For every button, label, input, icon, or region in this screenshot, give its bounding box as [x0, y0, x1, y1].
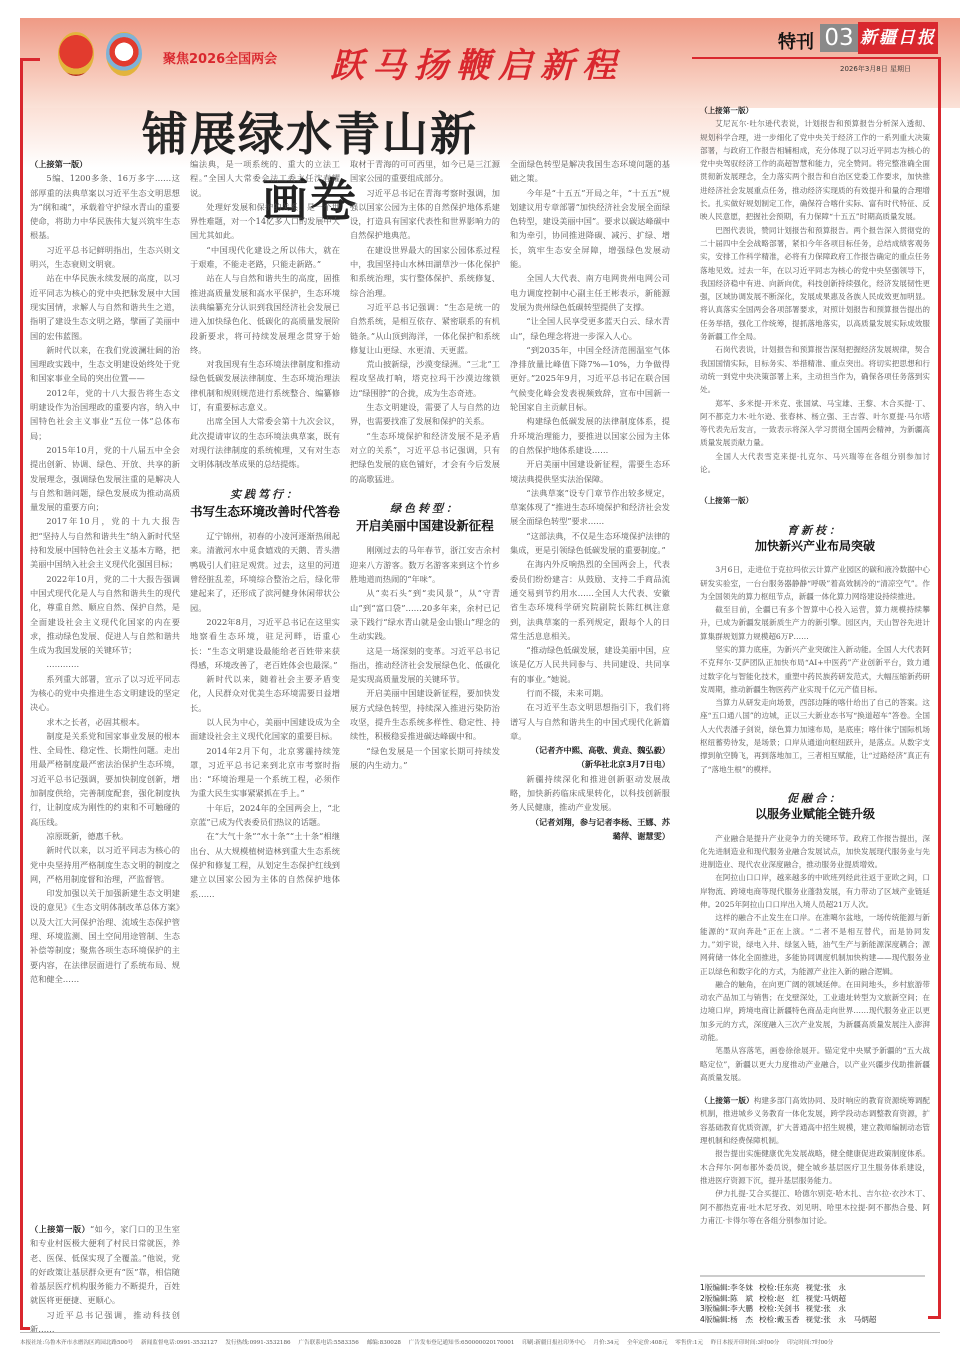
imprint-footer: 本报社址:乌鲁木齐市水磨沟区鸿园北路500号 新闻监督电话:0991-35321…	[20, 1338, 940, 1346]
continued-tag: （上接第一版）	[700, 496, 753, 505]
paragraph: 报告提出实施健康优先发展战略，健全健康促进政策制度体系。木合拜尔·阿布都外委员说…	[700, 1147, 930, 1187]
continued-tag: （上接第一版）	[700, 1096, 754, 1105]
paragraph: 处理好发展和保护的关系，是一个世界性难题，对一个14亿多人口的发展中大国尤其如此…	[190, 200, 340, 243]
paragraph: 新疆持续深化和推进创新驱动发展战略，加快新药临床成果转化，以科技创新服务人民健康…	[510, 772, 670, 815]
section-title: 以服务业赋能全链升级	[700, 808, 930, 821]
paragraph: 这是一场深刻的变革。习近平总书记指出，推动经济社会发展绿色化、低碳化是实现高质量…	[350, 644, 500, 687]
left-red-foot	[20, 1327, 30, 1330]
section-kicker: 实践笃行：	[190, 488, 340, 502]
credit-row: 2版编辑:陈 斌校检:赵 红视觉:马炳超	[700, 1294, 930, 1305]
left-red-rule	[20, 58, 23, 1330]
paragraph: 在习近平生态文明思想指引下，我们将谱写人与自然和谐共生的中国式现代化新篇章。	[510, 700, 670, 743]
paragraph: 生态文明建设，需要了人与自然的边界，也需要找准了发展和保护的关系。	[350, 400, 500, 429]
paragraph: 以人民为中心，美丽中国建设成为全面建设社会主义现代化国家的重要目标。	[190, 715, 340, 744]
paragraph: 当算力从研发走向场景，西部边陲的喀什给出了自己的答案。这座“五口通八国”的边城，…	[700, 696, 930, 776]
continued-tag: （上接第一版）	[700, 106, 753, 115]
paragraph: 编法典，是一项系统的、重大的立法工程。”全国人大常委会法工委主任沈春耀说。	[190, 157, 340, 200]
paragraph: “如今，家门口的卫生室和专业村医极大便利了村民日常就医，养老、医保、低保实现了全…	[30, 1224, 180, 1305]
paragraph: 刚刚过去的马年春节，浙江安吉余村迎来八方游客。数万名游客来到这个竹乡胜地道而热闹…	[350, 543, 500, 586]
byline-bottom: （记者刘翔，参与记者李杨、王娜、苏璐萍、谢慧雯）	[510, 815, 670, 844]
paragraph: 伊力扎提·艾合买提江、哈德尔别克·哈木扎、吉尔拉·衣沙木丁、阿不都热克甫·吐木尼…	[700, 1187, 930, 1227]
paragraph: 站在人与自然和谐共生的高度，固推推进高质量发展和高水平保护，生态环境法典编纂充分…	[190, 271, 340, 357]
continued-tag: （上接第一版）	[30, 159, 87, 169]
paragraph: 全面绿色转型是解决我国生态环境问题的基础之策。	[510, 157, 670, 186]
continued-tag: （上接第一版）	[30, 1224, 90, 1234]
section-kicker: 促融合：	[700, 792, 930, 805]
credit-row: 1版编辑:李冬妹校检:任东亮视觉:张 永	[700, 1283, 930, 1294]
paragraph: “绿色发展是一个国家长期可持续发展的内生动力。”	[350, 744, 500, 773]
section-kicker: 育新枝：	[700, 524, 930, 537]
paragraph: 3月6日，走进位于克拉玛依云计算产业园区的碳和液冷数据中心研发实验室，一台台服务…	[700, 563, 930, 603]
paragraph: 对我国现有生态环境法律制度和推动绿色低碳发展法律制度、生态环境治理法律机制和规则…	[190, 357, 340, 414]
paragraph: 艾尼瓦尔·吐尔逊代表说，计划报告和预算报告分析深入透彻、规划科学合理，进一步细化…	[700, 117, 930, 223]
paragraph: 2012年，党的十八大报告将生态文明建设作为治国理政的重要内容，纳入中国特色社会…	[30, 386, 180, 443]
section-title: 书写生态环境改善时代答卷	[190, 505, 340, 519]
paragraph: 截至目前，全疆已有多个智算中心投入运营，算力规模持续攀升，已成为新疆发展新质生产…	[700, 603, 930, 643]
article-column-2: 编法典，是一项系统的、重大的立法工程。”全国人大常委会法工委主任沈春耀说。 处理…	[190, 157, 340, 1327]
paragraph: 系列重大部署，宣示了以习近平同志为核心的党中央推进生态文明建设的坚定决心。	[30, 672, 180, 715]
paragraph: 凉原既新，德惠千秋。	[30, 829, 180, 843]
issue-date: 2026年3月8日 星期日	[840, 64, 911, 74]
section-kicker: 绿色转型：	[350, 502, 500, 516]
paragraph: 新时代以来，在我们党波澜壮阔的治国理政实践中，生态文明建设始终处于党和国家事业全…	[30, 343, 180, 386]
paragraph: 全国人大代表雪克来提·扎克尔、马兴瑞等在各组分别参加讨论。	[700, 450, 930, 477]
page-number: 03	[820, 24, 858, 52]
paragraph: …………	[30, 657, 180, 671]
paragraph: “到2035年，中国全经济范围温室气体净排放量比峰值下降7%—10%，力争做得更…	[510, 343, 670, 414]
paragraph: 取材于青海的可可西里，如今已是三江源国家公园的重要组成部分。	[350, 157, 500, 186]
focus-label: 聚焦2026全国两会	[163, 48, 277, 67]
section-heading-practice: 实践笃行： 书写生态环境改善时代答卷	[190, 488, 340, 520]
paragraph: 2017年10月，党的十九大报告把“坚持人与自然和谐共生”纳入新时代坚持和发展中…	[30, 514, 180, 571]
paragraph: 笔墨从容落笔，画卷徐徐展开。锚定党中央赋予新疆的“五大战略定位”，新疆以更大力度…	[700, 1044, 930, 1084]
section-title: 开启美丽中国建设新征程	[350, 519, 500, 533]
paragraph: 求木之长者，必固其根本。	[30, 715, 180, 729]
national-emblem-icon	[58, 32, 94, 76]
paragraph: 十年后，2024年的全国两会上，“北京蓝”已成为代表委员们热议的话题。	[190, 801, 340, 830]
right-column: （上接第一版） 艾尼瓦尔·吐尔逊代表说，计划报告和预算报告分析深入透彻、规划科学…	[700, 104, 930, 1254]
paragraph: 习近平总书记强调，推动科技创新……	[30, 1308, 180, 1332]
paragraph: 产业融合是提升产业竞争力的关键环节。政府工作报告提出，深化先进制造业和现代服务业…	[700, 832, 930, 872]
paragraph: 这样的融合不止发生在口岸。在准噶尔盆地，一场传统能源与新能源的“双向奔赴”正在上…	[700, 911, 930, 977]
paragraph: “中国现代化建设之所以伟大，就在于艰难，不能走老路，只能走新路。”	[190, 243, 340, 272]
section-heading-new-industries: 育新枝： 加快新兴产业布局突破	[700, 524, 930, 554]
paragraph: 新时代以来，以习近平同志为核心的党中央坚持用严格制度生态文明的制度之网，严格用制…	[30, 843, 180, 886]
paragraph: 今年是“十五五”开局之年，“十五五”规划建议用专章部署“加快经济社会发展全面绿色…	[510, 186, 670, 272]
paragraph: “法典草案”设专门章节作出较多规定，草案体现了“推进生态环境保护和经济社会发展全…	[510, 486, 670, 529]
paragraph: 石岗代表说，计划报告和预算报告深刻把握经济发展规律，契合我国国情实际，目标务实、…	[700, 343, 930, 396]
paragraph: 荒山披新绿，沙漠变绿洲。“三北”工程攻坚战打响，塔克拉玛干沙漠边缘锁边“绿围脖”…	[350, 357, 500, 400]
paper-logo: 新疆日报	[858, 22, 938, 54]
paragraph: 2015年10月，党的十八届五中全会提出创新、协调、绿色、开放、共享的新发展理念…	[30, 443, 180, 514]
editorial-credits: 1版编辑:李冬妹校检:任东亮视觉:张 永 2版编辑:陈 斌校检:赵 红视觉:马炳…	[700, 1283, 930, 1325]
right-red-rule	[938, 58, 941, 1318]
paragraph: 坚实的算力底座，为新兴产业突破注入新动能。全国人大代表阿不克拜尔·艾萨团队正加快…	[700, 643, 930, 696]
paragraph: 新时代以来，随着社会主要矛盾变化，人民群众对优美生态环境需要日益增长。	[190, 672, 340, 715]
paragraph: 构建绿色低碳发展的法律制度体系，提升环境治理能力，要推进以国家公园为主体的自然保…	[510, 414, 670, 457]
paragraph: 辽宁锦州，初春的小凌河逐渐热闹起来。清澈河水中觅食嬉戏的天鹅、青头潜鸭吸引人们驻…	[190, 529, 340, 615]
section-title: 加快新兴产业布局突破	[700, 540, 930, 553]
paragraph: 行而不辍，未来可期。	[510, 686, 670, 700]
paragraph: 2014年2月下旬，北京雾霾持续笼罩，习近平总书记来到北京市考察时指出：“环境治…	[190, 744, 340, 801]
paragraph: 习近平总书记强调：“生态是统一的自然系统，是相互依存、紧密联系的有机链条。”从山…	[350, 300, 500, 357]
paragraph: “推动绿色低碳发展，建设美丽中国，应该是亿万人民共同参与、共同建设、共同享有的事…	[510, 643, 670, 686]
credit-row: 4版编辑:杨 杰校检:戴玉香视觉:张 永 马炳超	[700, 1315, 930, 1326]
paragraph: 出席全国人大常委会第十九次会议，此次提请审议的生态环境法典草案，既有对现行法律制…	[190, 414, 340, 471]
paragraph: 站在中华民族永续发展的高度，以习近平同志为核心的党中央把脉发展中大国现实国情，求…	[30, 271, 180, 342]
credits-divider	[700, 1275, 925, 1277]
footer-divider	[20, 1332, 940, 1333]
section-heading-green-transition: 绿色转型： 开启美丽中国建设新征程	[350, 502, 500, 534]
paragraph: 全国人大代表、南方电网贵州电网公司电力调度控制中心副主任王彬表示，新能源发展为贵…	[510, 271, 670, 314]
credit-row: 3版编辑:李大鹏校检:关剑书视觉:张 永	[700, 1304, 930, 1315]
paragraph: 巴图代表说，赞同计划报告和预算报告。两个报告深入贯彻党的二十届四中全会战略部署，…	[700, 224, 930, 344]
paragraph: 在“大气十条”“水十条”“土十条”相继出台、从大规模植树造林到重大生态系统保护和…	[190, 829, 340, 900]
paragraph: 融合的触角，在向更广阔的领域延伸。在田间地头，乡村旅游带动农产品加工与销售；在戈…	[700, 978, 930, 1044]
paragraph: 从“卖石头”到“卖风景”，从“守青山”到“富口袋”……20多年来，余村已记录下践…	[350, 586, 500, 643]
paragraph: “这部法典，不仅是生态环境保护法律的集成，更是引领绿色低碳发展的重要制度。”	[510, 529, 670, 558]
paragraph: “让全国人民享受更多蓝天白云、绿水青山”，绿色理念将进一步深入人心。	[510, 314, 670, 343]
paragraph: 开启美丽中国建设新征程，要加快发展方式绿色转型，持续深入推进污染防治攻坚，提升生…	[350, 686, 500, 743]
series-title: 跃马扬鞭启新程	[330, 38, 624, 87]
paragraph: 制度是关系党和国家事业发展的根本性、全局性、稳定性、长期性问题。走出用最严格制度…	[30, 729, 180, 829]
paragraph: 在阿拉山口口岸，越来越多的中欧班列经此往返于亚欧之间，口岸物流、跨境电商等现代服…	[700, 871, 930, 911]
special-edition-label: 特刊	[778, 28, 814, 54]
paragraph: 5编、1200多条、16万多字……这部厚重的法典草案以习近平生态文明思想为“纲和…	[30, 171, 180, 242]
paragraph: 开启美丽中国建设新征程，需要生态环境法典提供坚实法治保障。	[510, 457, 670, 486]
paragraph: 在建设世界最大的国家公园体系过程中，我国坚持山水林田湖草沙一体化保护和系统治理，…	[350, 243, 500, 300]
paragraph: “生态环境保护和经济发展不是矛盾对立的关系”，习近平总书记强调，只有把绿色发展的…	[350, 429, 500, 486]
article-column-4: 全面绿色转型是解决我国生态环境问题的基础之策。 今年是“十五五”开局之年，“十五…	[510, 157, 670, 1327]
paragraph: 2022年8月，习近平总书记在这里实地察看生态环境，驻足河畔，语重心长：“生态文…	[190, 615, 340, 672]
paragraph: 习近平总书记在青海考察时强调，加强以国家公园为主体的自然保护地体系建设，打造具有…	[350, 186, 500, 243]
bottom-left-article: （上接第一版）“如今，家门口的卫生室和专业村医极大便利了村民日常就医，养老、医保…	[30, 1222, 180, 1332]
left-red-tick	[20, 58, 40, 61]
article-column-1: （上接第一版） 5编、1200多条、16万多字……这部厚重的法典草案以习近平生态…	[30, 157, 180, 1207]
paragraph: 在海内外反响热烈的全国两会上，代表委员们纷纷建言：从鼓励、支持二手商品流通交易到…	[510, 557, 670, 643]
cppcc-emblem-icon	[106, 32, 142, 76]
article-column-3: 取材于青海的可可西里，如今已是三江源国家公园的重要组成部分。 习近平总书记在青海…	[350, 157, 500, 1327]
byline-source: （新华社北京3月7日电）	[510, 757, 670, 771]
byline: （记者齐中熙、高敬、黄垚、魏弘毅）	[510, 743, 670, 757]
paragraph: 印发加强以关于加强新建生态文明建设的意见》《生态文明体制改革总体方案》以及大江大…	[30, 886, 180, 986]
header-rule	[692, 57, 941, 59]
paragraph: 习近平总书记鲜明指出，生态兴则文明兴，生态衰则文明衰。	[30, 243, 180, 272]
section-heading-integration: 促融合： 以服务业赋能全链升级	[700, 792, 930, 822]
paragraph: 郑军、多米提·开米克、张国斌、马宝雄、王黎、木合买提·丁、阿不都克力木·吐尔逊、…	[700, 397, 930, 450]
paragraph: 2022年10月，党的二十大报告强调中国式现代化是人与自然和谐共生的现代化，尊重…	[30, 572, 180, 658]
